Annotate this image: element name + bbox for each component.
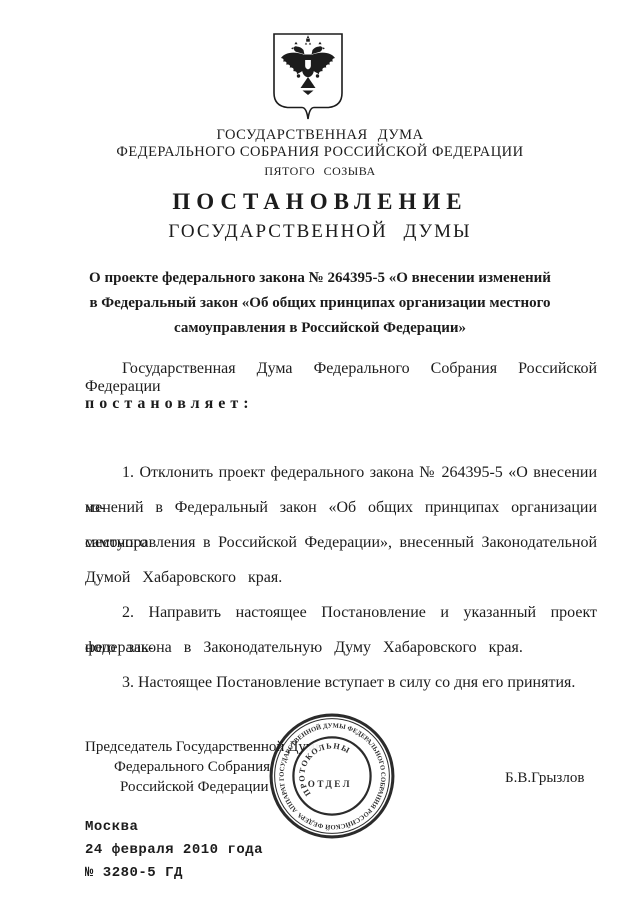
document-org-heading: ГОСУДАРСТВЕННОЙ ДУМЫ	[0, 221, 640, 243]
title-line: в Федеральный закон «Об общих принципах …	[70, 291, 570, 316]
convocation-line: ПЯТОГО СОЗЫВА	[0, 163, 640, 179]
letterhead: ГОСУДАРСТВЕННАЯ ДУМА ФЕДЕРАЛЬНОГО СОБРАН…	[0, 127, 640, 179]
paragraph-3-line: 3. Настоящее Постановление вступает в си…	[85, 665, 597, 700]
paragraph-2-line: 2. Направить настоящее Постановление и у…	[85, 595, 597, 630]
resolution-body: 1. Отклонить проект федерального закона …	[85, 455, 597, 700]
round-seal-icon: АППАРАТ ГОСУДАРСТВЕННОЙ ДУМЫ ФЕДЕРАЛЬНОГ…	[266, 710, 398, 842]
city-line: Москва	[85, 816, 263, 839]
paragraph-1-line: Думой Хабаровского края.	[85, 560, 597, 595]
paragraph-1-line: менений в Федеральный закон «Об общих пр…	[85, 490, 597, 525]
intro-line: Государственная Дума Федерального Собран…	[85, 360, 597, 396]
official-stamp: АППАРАТ ГОСУДАРСТВЕННОЙ ДУМЫ ФЕДЕРАЛЬНОГ…	[266, 710, 398, 842]
resolves-line: постановляет:	[85, 395, 597, 413]
footer-block: Москва 24 февраля 2010 года № 3280-5 ГД	[85, 816, 263, 885]
date-line: 24 февраля 2010 года	[85, 839, 263, 862]
document-page: ГОСУДАРСТВЕННАЯ ДУМА ФЕДЕРАЛЬНОГО СОБРАН…	[0, 0, 640, 900]
document-type-heading: ПОСТАНОВЛЕНИЕ	[0, 189, 640, 215]
coat-of-arms-icon	[272, 32, 344, 122]
double-headed-eagle-icon	[281, 35, 335, 95]
signer-name: Б.В.Грызлов	[505, 770, 584, 787]
state-emblem	[272, 32, 344, 122]
document-number: № 3280-5 ГД	[85, 862, 263, 885]
paragraph-2-line: ного закона в Законодательную Думу Хабар…	[85, 630, 597, 665]
org-name-line2: ФЕДЕРАЛЬНОГО СОБРАНИЯ РОССИЙСКОЙ ФЕДЕРАЦ…	[0, 144, 640, 160]
resolution-title: О проекте федерального закона № 264395-5…	[70, 266, 570, 341]
title-line: О проекте федерального закона № 264395-5…	[70, 266, 570, 291]
stamp-center-text: ОТДЕЛ	[308, 779, 352, 789]
paragraph-1-line: самоуправления в Российской Федерации», …	[85, 525, 597, 560]
paragraph-1-line: 1. Отклонить проект федерального закона …	[85, 455, 597, 490]
org-name-line1: ГОСУДАРСТВЕННАЯ ДУМА	[0, 127, 640, 143]
title-line: самоуправления в Российской Федерации»	[70, 316, 570, 341]
